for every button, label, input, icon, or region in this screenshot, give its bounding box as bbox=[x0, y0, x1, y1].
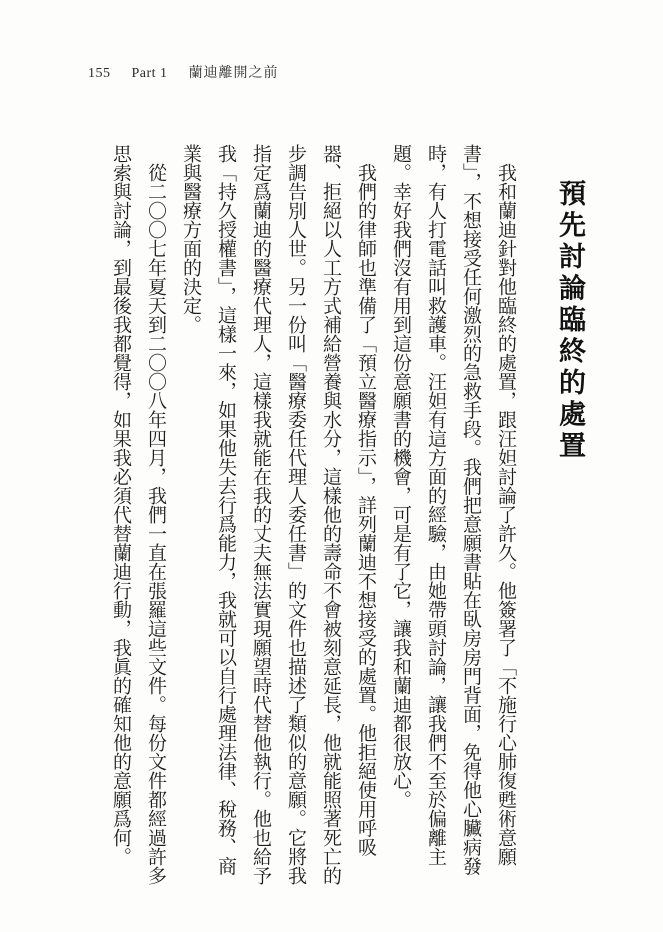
running-header: 155 Part 1 蘭迪離開之前 bbox=[88, 62, 279, 82]
page-number: 155 bbox=[88, 66, 111, 82]
body-paragraph-1: 我和蘭迪針對他臨終的處置，跟汪妲討論了許久。他簽署了「不施行心肺復甦術意願書」，… bbox=[383, 144, 523, 886]
book-page: 155 Part 1 蘭迪離開之前 預先討論臨終的處置 我和蘭迪針對他臨終的處置… bbox=[0, 0, 663, 932]
chapter-title: 預先討論臨終的處置 bbox=[553, 144, 587, 886]
chapter-content: 預先討論臨終的處置 我和蘭迪針對他臨終的處置，跟汪妲討論了許久。他簽署了「不施行… bbox=[103, 144, 587, 886]
body-paragraph-3: 從二〇〇七年夏天到二〇〇八年四月，我們一直在張羅這些文件。每份文件都經過許多思索… bbox=[103, 144, 173, 886]
part-label: Part 1 bbox=[132, 66, 168, 82]
part-title: 蘭迪離開之前 bbox=[189, 62, 279, 82]
body-paragraph-2: 我們的律師也準備了「預立醫療指示」，詳列蘭迪不想接受的處置。他拒絕使用呼吸器、拒… bbox=[173, 144, 383, 886]
